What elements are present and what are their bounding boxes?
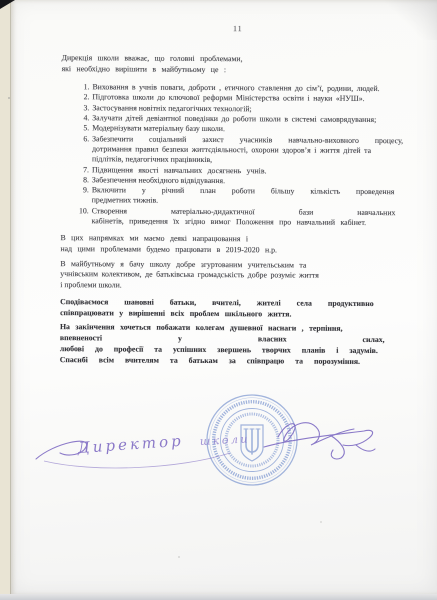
- school-word-handwriting-text: школи: [199, 432, 250, 448]
- bold-paragraph: Сподіваємося шановні батьки, вчителі, жи…: [60, 296, 428, 320]
- scanned-document: { "page": { "number": "11", "paper_color…: [0, 0, 437, 600]
- scan-corner-artifact: [0, 0, 15, 9]
- role-handwriting-text: Директор: [76, 432, 184, 457]
- text-line: які необхідно вирішити в майбутньому це …: [62, 64, 430, 77]
- list-item: Забезпечити соціальний захист учасників …: [91, 134, 429, 167]
- text-line: Спасибі всім вчителям та батькам за спів…: [60, 354, 428, 367]
- numbered-list: Виховання в учнів поваги, доброти , етич…: [61, 82, 430, 228]
- signature-block: Директор школи: [30, 383, 385, 521]
- scan-speck: [320, 521, 322, 523]
- intro-paragraph: Дирекція школи вважає, що головні пробле…: [62, 53, 430, 76]
- scan-speck: [178, 556, 180, 558]
- scan-speck: [8, 97, 10, 99]
- list-item: Створення матеріально-дидактичної бази н…: [91, 206, 429, 229]
- text-line: над цими проблемами будемо працювати в 2…: [60, 244, 428, 257]
- page-number: 11: [54, 23, 422, 34]
- paragraph: В майбутньому я бачу школу добре згуртов…: [60, 259, 428, 293]
- list-item: Включити у річний план роботи більшу кіл…: [91, 185, 429, 208]
- text-line: і проблеми школи.: [60, 280, 428, 293]
- text-line: кабінетів, приведення їх згідно вимог По…: [92, 216, 429, 228]
- text-line: співпрацювати у вирішенні всіх проблем ш…: [60, 307, 428, 320]
- document-content: 11 Дирекція школи вважає, що головні про…: [60, 0, 430, 368]
- scan-bottom-edge: [0, 594, 437, 600]
- paragraph: В цих напрямках ми маємо деякі напрацюва…: [60, 233, 428, 256]
- bold-paragraph: На закінчення хочеться побажати колегам …: [60, 321, 428, 367]
- paper-edge-seam: [10, 0, 11, 595]
